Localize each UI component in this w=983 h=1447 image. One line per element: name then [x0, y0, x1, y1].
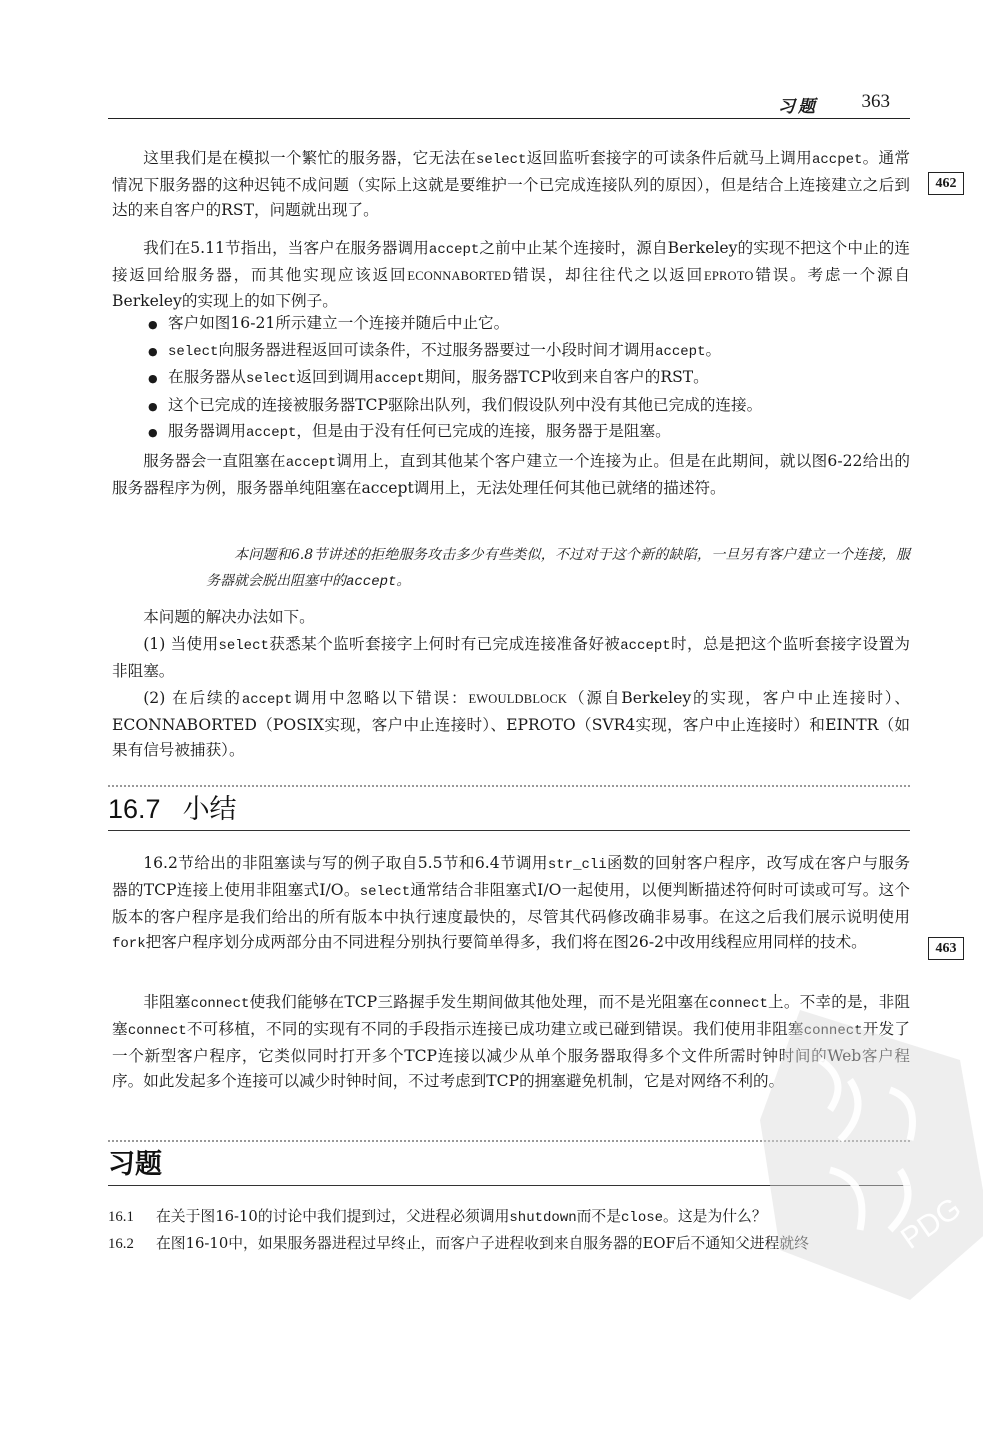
running-head-title: 习题: [778, 92, 818, 117]
paragraph-server-blocks: 服务器会一直阻塞在accept调用上，直到其他某个客户建立一个连接为止。但是在此…: [112, 449, 910, 501]
margin-page-ref-462: 462: [928, 172, 964, 195]
code-term: accept: [374, 371, 424, 387]
error-constant: EPROTO: [704, 269, 754, 283]
code-term: select: [476, 152, 526, 168]
paragraph-berkeley-abort: 我们在5.11节指出，当客户在服务器调用accept之前中止某个连接时，源自Be…: [112, 236, 910, 314]
bullet-item: ●客户如图16-21所示建立一个连接并随后中止它。: [148, 311, 918, 338]
bullet-dot-icon: ●: [148, 339, 168, 365]
paragraph-solution-intro: 本问题的解决办法如下。: [112, 605, 910, 630]
exercise-text: 在关于图16-10的讨论中我们提到过，父进程必须调用shutdown而不是clo…: [156, 1204, 767, 1231]
paragraph-solution-1: (1) 当使用select获悉某个监听套接字上何时有已完成连接准备好被accep…: [112, 632, 910, 684]
bullet-dot-icon: ●: [148, 366, 168, 392]
code-term: shutdown: [509, 1210, 576, 1226]
bullet-dot-icon: ●: [148, 312, 168, 338]
code-term: fork: [112, 936, 146, 952]
section-number: 16.7: [108, 794, 161, 824]
code-term: close: [621, 1210, 663, 1226]
error-constant: EWOULDBLOCK: [468, 692, 567, 706]
code-term: accept: [620, 638, 670, 654]
code-term: accept: [655, 344, 705, 360]
bullet-item: ●服务器调用accept，但是由于没有任何已完成的连接，服务器于是阻塞。: [148, 419, 918, 447]
exercise-number: 16.1: [108, 1204, 156, 1231]
code-term: connect: [128, 1023, 187, 1039]
section-rule-top: [108, 785, 910, 790]
code-term: accpet: [812, 152, 862, 168]
code-term: connect: [191, 996, 250, 1012]
code-term: select: [218, 638, 268, 654]
watermark-stamp-icon: PDG: [760, 1000, 983, 1300]
code-term: select: [246, 371, 296, 387]
paragraph-busy-server: 这里我们是在模拟一个繁忙的服务器，它无法在select返回监听套接字的可读条件后…: [112, 146, 910, 223]
code-term: accept: [242, 692, 292, 708]
page-number: 363: [862, 91, 891, 113]
code-term: accept: [286, 455, 336, 471]
bullet-list: ●客户如图16-21所示建立一个连接并随后中止它。 ●select向服务器进程返…: [148, 311, 918, 447]
note-denial-of-service: 本问题和6.8节讲述的拒绝服务攻击多少有些类似，不过对于这个新的缺陷，一旦另有客…: [206, 542, 910, 595]
section-title: 小结: [183, 794, 237, 824]
section-rule-bottom: [108, 830, 910, 831]
bullet-item: ●select向服务器进程返回可读条件，不过服务器要过一小段时间才调用accep…: [148, 338, 918, 366]
exercise-number: 16.2: [108, 1231, 156, 1257]
error-constant: ECONNABORTED: [407, 269, 511, 283]
book-page: 习题 363 这里我们是在模拟一个繁忙的服务器，它无法在select返回监听套接…: [0, 0, 983, 1447]
section-heading-summary: 16.7小结: [108, 785, 910, 831]
running-head: 习题 363: [108, 92, 910, 119]
bullet-item: ●在服务器从select返回到调用accept期间，服务器TCP收到来自客户的R…: [148, 365, 918, 393]
bullet-item: ●这个已完成的连接被服务器TCP驱除出队列，我们假设队列中没有其他已完成的连接。: [148, 393, 918, 420]
code-term: str_cli: [548, 857, 607, 873]
code-term: accept: [346, 574, 396, 590]
paragraph-summary-nonblocking-io: 16.2节给出的非阻塞读与写的例子取自5.5节和6.4节调用str_cli函数的…: [112, 851, 910, 957]
code-term: accept: [429, 242, 479, 258]
paragraph-solution-2: (2) 在后续的accept调用中忽略以下错误：EWOULDBLOCK（源自Be…: [112, 686, 910, 763]
code-term: accept: [246, 425, 296, 441]
code-term: select: [168, 344, 218, 360]
bullet-dot-icon: ●: [148, 394, 168, 420]
margin-page-ref-463: 463: [928, 937, 964, 960]
code-term: select: [360, 884, 410, 900]
exercise-text: 在图16-10中，如果服务器进程过早终止，而客户子进程收到来自服务器的EOF后不…: [156, 1231, 809, 1257]
bullet-dot-icon: ●: [148, 420, 168, 446]
